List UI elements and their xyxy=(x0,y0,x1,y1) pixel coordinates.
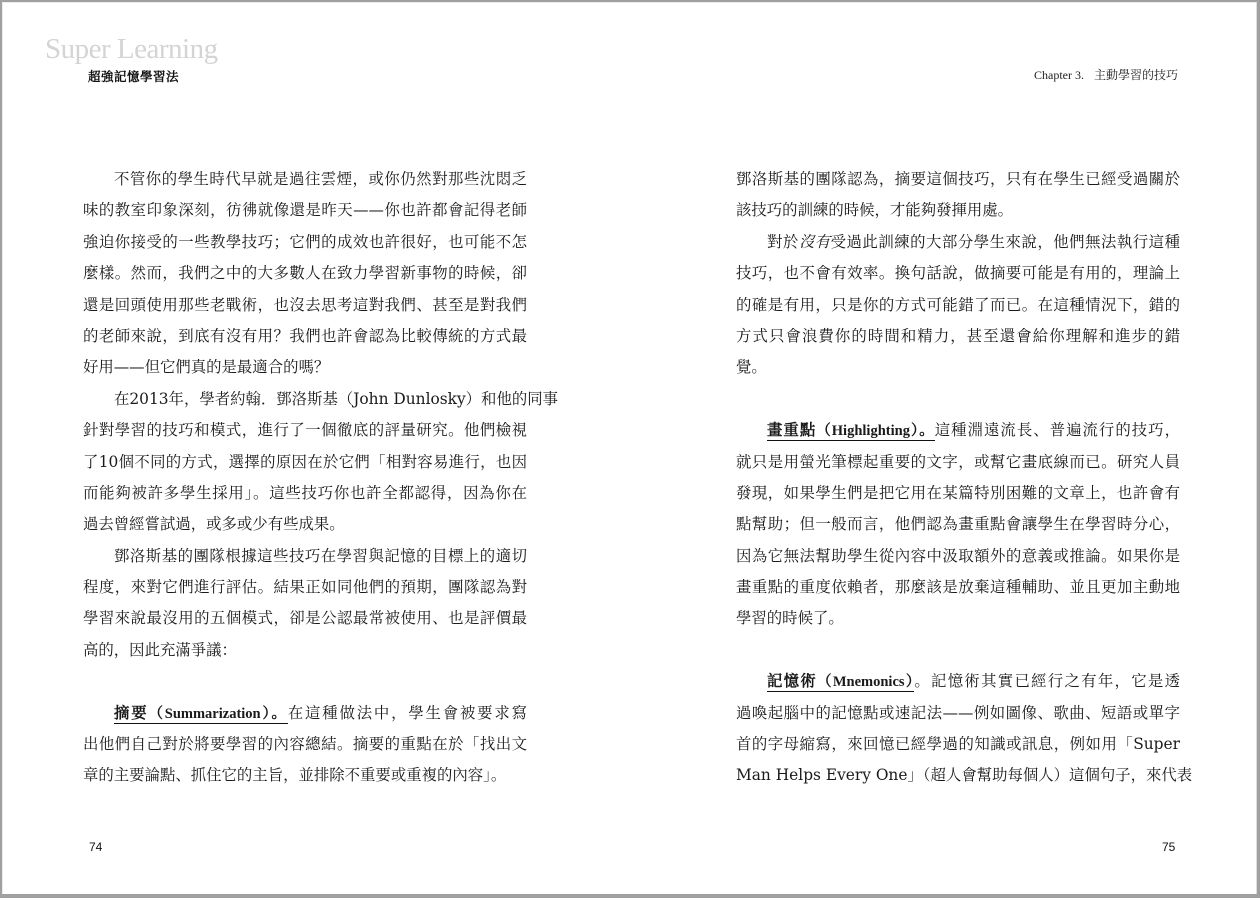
text-line: 的確是有用，只是你的方式可能錯了而已。在這種情況下，錯的 xyxy=(736,290,1180,321)
text-line: 就只是用螢光筆標起重要的文字，或幫它畫底線而已。研究人員 xyxy=(736,447,1180,478)
text-line: 學習的時候了。 xyxy=(736,603,1180,634)
text-line: 高的，因此充滿爭議： xyxy=(83,635,527,666)
header-book-title: 超強記憶學習法 xyxy=(88,67,179,85)
text-line: 學習來說最沒用的五個模式，卻是公認最常被使用、也是評價最 xyxy=(83,603,527,634)
chapter-title: 主動學習的技巧 xyxy=(1094,68,1178,82)
text-line: Man Helps Every One」（超人會幫助每個人）這個句子，來代表 xyxy=(736,760,1180,791)
page-number-left: 74 xyxy=(89,840,102,854)
chapter-number: Chapter 3. xyxy=(1034,68,1084,82)
right-page: Chapter 3.主動學習的技巧 鄧洛斯基的團隊認為，摘要這個技巧，只有在學生… xyxy=(631,3,1258,895)
left-body-text: 不管你的學生時代早就是過往雲煙，或你仍然對那些沈悶乏 味的教室印象深刻，彷彿就像… xyxy=(83,164,527,792)
text-line: 而能夠被許多學生採用」。這些技巧你也許全都認得，因為你在 xyxy=(83,478,527,509)
italic-emphasis: 沒有 xyxy=(799,233,831,251)
text-line: 程度，來對它們進行評估。結果正如同他們的預期，團隊認為對 xyxy=(83,572,527,603)
highlighting-heading-line: 畫重點（Highlighting）。這種淵遠流長、普遍流行的技巧， xyxy=(736,415,1180,446)
paragraph-gap xyxy=(83,666,527,697)
term-cjk: 畫重點 xyxy=(767,421,816,439)
text-line: 了10個不同的方式，選擇的原因在於它們「相對容易進行，也因 xyxy=(83,447,527,478)
right-body-text: 鄧洛斯基的團隊認為，摘要這個技巧，只有在學生已經受過關於 該技巧的訓練的時候，才… xyxy=(736,164,1180,792)
text-line: 的老師來說，到底有沒有用？我們也許會認為比較傳統的方式最 xyxy=(83,321,527,352)
text-line: 過喚起腦中的記憶點或速記法——例如圖像、歌曲、短語或單字 xyxy=(736,698,1180,729)
text-line: 點幫助；但一般而言，他們認為畫重點會讓學生在學習時分心， xyxy=(736,509,1180,540)
text-fragment: 受過此訓練的大部分學生來說，他們無法執行這種 xyxy=(831,233,1180,251)
text-line: 針對學習的技巧和模式，進行了一個徹底的評量研究。他們檢視 xyxy=(83,415,527,446)
text-fragment: 在這種做法中，學生會被要求寫 xyxy=(288,704,527,722)
text-line: 覺。 xyxy=(736,352,1180,383)
text-line: 強迫你接受的一些教學技巧；它們的成效也許很好，也可能不怎 xyxy=(83,227,527,258)
mnemonics-heading-line: 記憶術（Mnemonics）。記憶術其實已經行之有年，它是透 xyxy=(736,666,1180,697)
text-line: 鄧洛斯基的團隊認為，摘要這個技巧，只有在學生已經受過關於 xyxy=(736,164,1180,195)
header-chapter: Chapter 3.主動學習的技巧 xyxy=(1034,66,1178,83)
text-line: 在2013年，學者約翰．鄧洛斯基（John Dunlosky）和他的同事 xyxy=(83,384,527,415)
text-fragment: 這種淵遠流長、普遍流行的技巧， xyxy=(935,421,1180,439)
term-highlighting: 畫重點（Highlighting）。 xyxy=(767,421,935,441)
paragraph-gap xyxy=(736,635,1180,666)
text-line: 不管你的學生時代早就是過往雲煙，或你仍然對那些沈悶乏 xyxy=(83,164,527,195)
text-line: 過去曾經嘗試過，或多或少有些成果。 xyxy=(83,509,527,540)
term-summarization: 摘要（Summarization）。 xyxy=(114,704,288,724)
text-line: 麼樣。然而，我們之中的大多數人在致力學習新事物的時候，卻 xyxy=(83,258,527,289)
text-line: 鄧洛斯基的團隊根據這些技巧在學習與記憶的目標上的適切 xyxy=(83,541,527,572)
term-cjk: 摘要 xyxy=(114,704,148,722)
term-mnemonics: 記憶術（Mnemonics） xyxy=(767,672,914,692)
term-cjk: 記憶術 xyxy=(767,672,817,690)
text-line: 方式只會浪費你的時間和精力，甚至還會給你理解和進步的錯 xyxy=(736,321,1180,352)
text-fragment: 對於 xyxy=(767,233,799,251)
text-fragment: 。記憶術其實已經行之有年，它是透 xyxy=(914,672,1180,690)
text-line: 畫重點的重度依賴者，那麼該是放棄這種輔助、並且更加主動地 xyxy=(736,572,1180,603)
text-line: 首的字母縮寫，來回憶已經學過的知識或訊息，例如用「Super xyxy=(736,729,1180,760)
text-line: 因為它無法幫助學生從內容中汲取額外的意義或推論。如果你是 xyxy=(736,541,1180,572)
book-spread: Super Learning 超強記憶學習法 不管你的學生時代早就是過往雲煙，或… xyxy=(2,2,1257,894)
text-line: 出他們自己對於將要學習的內容總結。摘要的重點在於「找出文 xyxy=(83,729,527,760)
term-latin: （Summarization）。 xyxy=(148,706,287,722)
text-line: 好用——但它們真的是最適合的嗎？ xyxy=(83,352,527,383)
text-line: 對於沒有受過此訓練的大部分學生來說，他們無法執行這種 xyxy=(736,227,1180,258)
text-line: 章的主要論點、抓住它的主旨，並排除不重要或重複的內容」。 xyxy=(83,760,527,791)
left-page: Super Learning 超強記憶學習法 不管你的學生時代早就是過往雲煙，或… xyxy=(3,3,631,895)
header-watermark: Super Learning xyxy=(45,35,218,64)
paragraph-gap xyxy=(736,384,1180,415)
text-line: 味的教室印象深刻，彷彿就像還是昨天——你也許都會記得老師 xyxy=(83,195,527,226)
text-line: 該技巧的訓練的時候，才能夠發揮用處。 xyxy=(736,195,1180,226)
text-line: 還是回頭使用那些老戰術，也沒去思考這對我們、甚至是對我們 xyxy=(83,290,527,321)
page-number-right: 75 xyxy=(1162,840,1175,854)
summarization-heading-line: 摘要（Summarization）。在這種做法中，學生會被要求寫 xyxy=(83,698,527,729)
term-latin: （Mnemonics） xyxy=(817,674,914,690)
text-line: 技巧，也不會有效率。換句話說，做摘要可能是有用的，理論上 xyxy=(736,258,1180,289)
term-latin: （Highlighting）。 xyxy=(816,423,935,439)
text-line: 發現，如果學生們是把它用在某篇特別困難的文章上，也許會有 xyxy=(736,478,1180,509)
